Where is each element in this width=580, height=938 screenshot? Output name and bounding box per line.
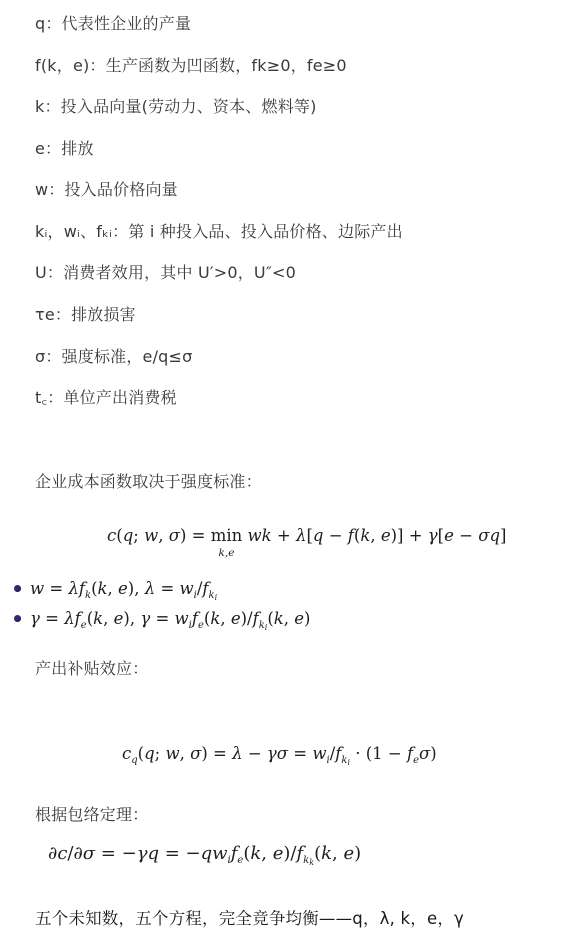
- envelope-theorem-equation: ∂c/∂σ = −γq = −qwife(k, e)/fkk(k, e): [48, 843, 361, 865]
- definition-tau-e: τe：排放损害: [35, 305, 136, 325]
- cost-function-equation: c(q; w, σ) = mink,e wk + λ[q − f(k, e)] …: [107, 525, 506, 547]
- definition-q: q：代表性企业的产量: [35, 14, 191, 34]
- definition-production-function: f(k，e)：生产函数为凹函数，fk≥0，fe≥0: [35, 56, 347, 76]
- definition-ki-wi-fki: kᵢ，wᵢ、fₖᵢ：第 i 种投入品、投入品价格、边际产出: [35, 222, 403, 242]
- first-order-condition-e: γ = λfe(k, e), γ = wife(k, e)/fki(k, e): [30, 608, 310, 630]
- definition-k: k：投入品向量(劳动力、资本、燃料等): [35, 97, 317, 117]
- output-subsidy-heading: 产出补贴效应：: [35, 659, 148, 679]
- equilibrium-conclusion: 五个未知数，五个方程，完全竞争均衡——q，λ, k，e，γ: [35, 909, 464, 929]
- cost-function-heading: 企业成本函数取决于强度标准：: [35, 472, 262, 492]
- definition-e: e：排放: [35, 139, 94, 159]
- definition-tc: t꜀：单位产出消费税: [35, 388, 177, 408]
- definition-sigma: σ：强度标准，e/q≤σ: [35, 347, 192, 367]
- bullet-icon: [14, 615, 21, 622]
- definition-w: w：投入品价格向量: [35, 180, 178, 200]
- envelope-theorem-heading: 根据包络定理：: [35, 805, 148, 825]
- first-order-condition-k: w = λfk(k, e), λ = wi/fki: [30, 578, 217, 600]
- bullet-icon: [14, 585, 21, 592]
- output-subsidy-equation: cq(q; w, σ) = λ − γσ = wi/fki · (1 − feσ…: [122, 743, 437, 765]
- definition-u: U：消费者效用，其中 U′>0，U″<0: [35, 263, 296, 283]
- min-operator: mink,e: [211, 525, 243, 547]
